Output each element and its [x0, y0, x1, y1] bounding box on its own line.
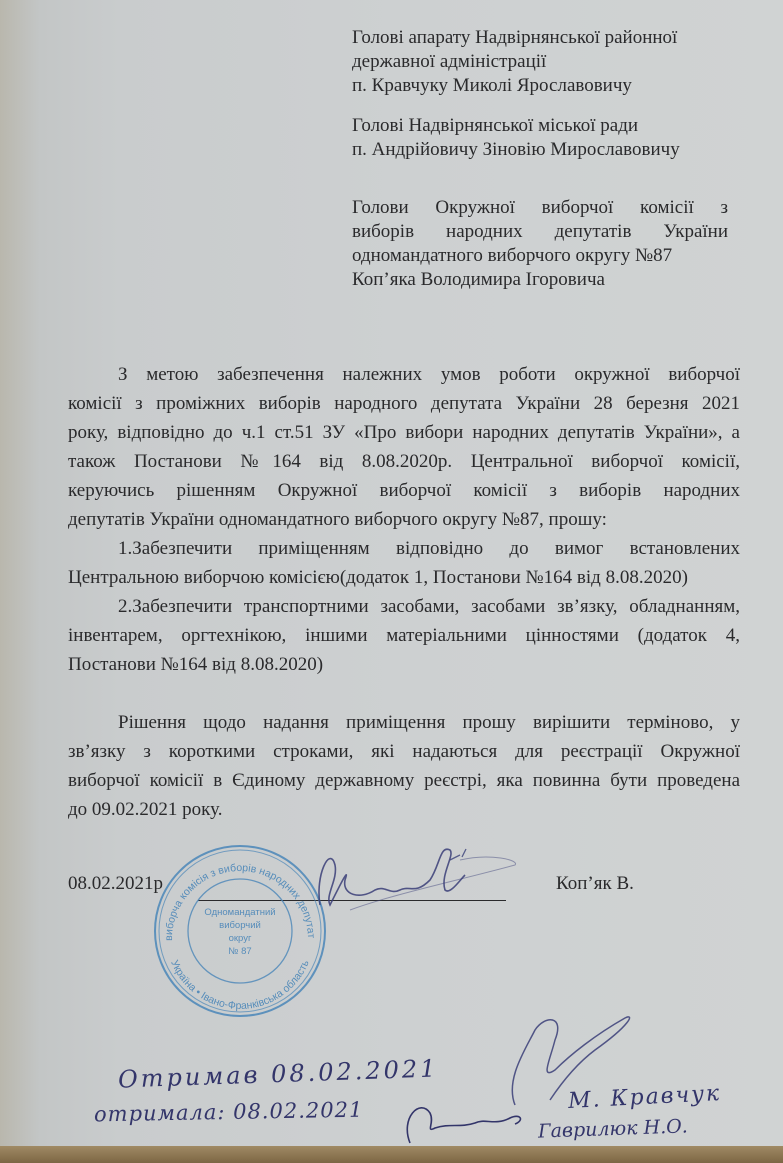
addressee-line: Голові апарату Надвірнянської районної [352, 26, 732, 50]
paragraph-line: Постанови №164 від 8.08.2020) [68, 650, 740, 679]
paragraph-line: також Постанови №164 від 8.08.2020р. Цен… [68, 447, 740, 476]
paragraph-line: З метою забезпечення належних умов робот… [68, 360, 740, 389]
paragraph-line: року, відповідно до ч.1 ст.51 ЗУ «Про ви… [68, 418, 740, 447]
letter-date: 08.02.2021р [68, 873, 163, 895]
stamp-center-line: виборчий [219, 920, 261, 931]
stamp-center-line: № 87 [228, 946, 251, 957]
addressee-city-council: Голові Надвірнянської міської ради п. Ан… [352, 114, 732, 162]
paragraph-line: депутатів України одномандатного виборчо… [68, 505, 740, 534]
paragraph-line: зв’язку з короткими строками, які надают… [68, 737, 740, 766]
paragraph-line: Центральною виборчою комісією(додаток 1,… [68, 563, 740, 592]
request-item-2: 2.Забезпечити транспортними засобами, за… [68, 592, 740, 679]
stamp-center-line: округ [229, 933, 252, 944]
request-item-1: 1.Забезпечити приміщенням відповідно до … [68, 534, 740, 592]
addressee-district-administration: Голові апарату Надвірнянської районної д… [352, 26, 732, 98]
table-surface [0, 1146, 783, 1163]
paragraph-line: виборчої комісії в Єдиному державному ре… [68, 766, 740, 795]
addressee-line: Голові Надвірнянської міської ради [352, 114, 732, 138]
handwritten-signature-icon [290, 835, 520, 925]
addressee-line: одномандатного виборчого округу №87 [352, 244, 728, 268]
receipt-signature-icon [495, 1010, 645, 1110]
addressee-line: п. Кравчуку Миколі Ярославовичу [352, 74, 732, 98]
sender-commission-head: Голови Окружної виборчої комісії з вибор… [352, 196, 728, 292]
paragraph-line: до 09.02.2021 року. [68, 795, 740, 824]
paragraph-line: комісії з проміжних виборів народного де… [68, 389, 740, 418]
stamp-center-line: Одномандатний [204, 907, 275, 918]
addressee-line: Голови Окружної виборчої комісії з [352, 196, 728, 220]
scanned-letter-page: Голові апарату Надвірнянської районної д… [0, 0, 783, 1148]
stamp-outer-text-bottom: Україна • Івано-Франківська область [168, 958, 312, 1012]
intro-paragraph: З метою забезпечення належних умов робот… [68, 360, 740, 534]
handwritten-receipt-note: отримала: 08.02.2021 [94, 1098, 364, 1127]
addressee-line: п. Андрійовичу Зіновію Мирославовичу [352, 138, 732, 162]
requests-list: 1.Забезпечити приміщенням відповідно до … [68, 534, 740, 679]
paragraph-line: керуючись рішенням Окружної виборчої ком… [68, 476, 740, 505]
paragraph-line: інвентарем, оргтехнікою, іншими матеріал… [68, 621, 740, 650]
addressee-line: виборів народних депутатів України [352, 220, 728, 244]
handwritten-receipt-note: Отримав 08.02.2021 [118, 1054, 439, 1093]
paragraph-line: Рішення щодо надання приміщення прошу ви… [68, 708, 740, 737]
paragraph-line: 1.Забезпечити приміщенням відповідно до … [68, 534, 740, 563]
handwritten-receipt-note: Гаврилюк Н.О. [538, 1115, 688, 1142]
closing-paragraph: Рішення щодо надання приміщення прошу ви… [68, 708, 740, 824]
addressee-line: державної адміністрації [352, 50, 732, 74]
addressee-line: Коп’яка Володимира Ігоровича [352, 268, 728, 292]
svg-text:Україна • Івано-Франківська об: Україна • Івано-Франківська область [168, 958, 312, 1012]
signer-name: Коп’як В. [556, 873, 634, 895]
paragraph-line: 2.Забезпечити транспортними засобами, за… [68, 592, 740, 621]
